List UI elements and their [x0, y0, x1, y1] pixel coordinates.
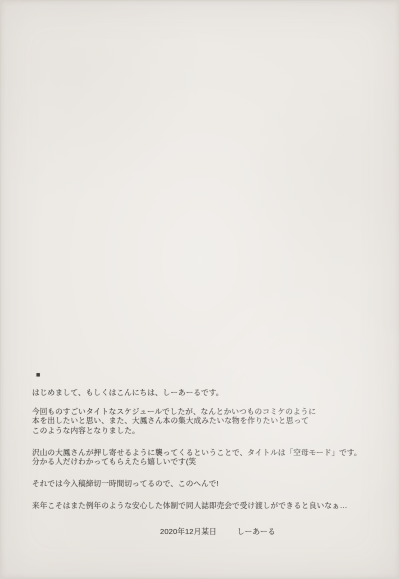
title-explanation-paragraph: 沢山の大鳳さんが押し寄せるように襲ってくるということで、タイトルは「空母モード」…: [32, 448, 377, 466]
deadline-paragraph: それでは今入稿締切一時間切ってるので、このへんで!: [32, 479, 377, 488]
afterword-text-block: ■ はじめまして、もしくはこんにちは、しーあーるです。 今回ものすごいタイトなス…: [32, 372, 377, 536]
greeting-line: はじめまして、もしくはこんにちは、しーあーるです。: [32, 388, 377, 397]
next-year-line: 来年こそはまた例年のような安心した体制で同人誌即売会で受け渡しができると良いなぁ…: [32, 501, 377, 510]
scanned-page: ■ はじめまして、もしくはこんにちは、しーあーるです。 今回ものすごいタイトなス…: [0, 0, 400, 579]
section-marker-square: ■: [36, 372, 43, 379]
schedule-line-3: このような内容となりました。: [32, 426, 377, 435]
deadline-line: それでは今入稿締切一時間切ってるので、このへんで!: [32, 479, 377, 488]
schedule-paragraph: 今回ものすごいタイトなスケジュールでしたが、なんとかいつものコミケのように 本を…: [32, 407, 377, 435]
title-line-2: 分かる人だけわかってもらえたら嬉しいです(笑: [32, 457, 377, 466]
next-year-paragraph: 来年こそはまた例年のような安心した体制で同人誌即売会で受け渡しができると良いなぁ…: [32, 501, 377, 510]
title-line-1: 沢山の大鳳さんが押し寄せるように襲ってくるということで、タイトルは「空母モード」…: [32, 448, 377, 457]
greeting-paragraph: はじめまして、もしくはこんにちは、しーあーるです。: [32, 388, 377, 397]
signoff-line: 2020年12月某日 しーあーる: [32, 527, 377, 536]
signoff-author: しーあーる: [237, 527, 275, 536]
schedule-line-2: 本を出したいと思い、また、大鳳さん本の集大成みたいな物を作りたいと思って: [32, 416, 377, 425]
signoff-date: 2020年12月某日: [160, 527, 217, 536]
